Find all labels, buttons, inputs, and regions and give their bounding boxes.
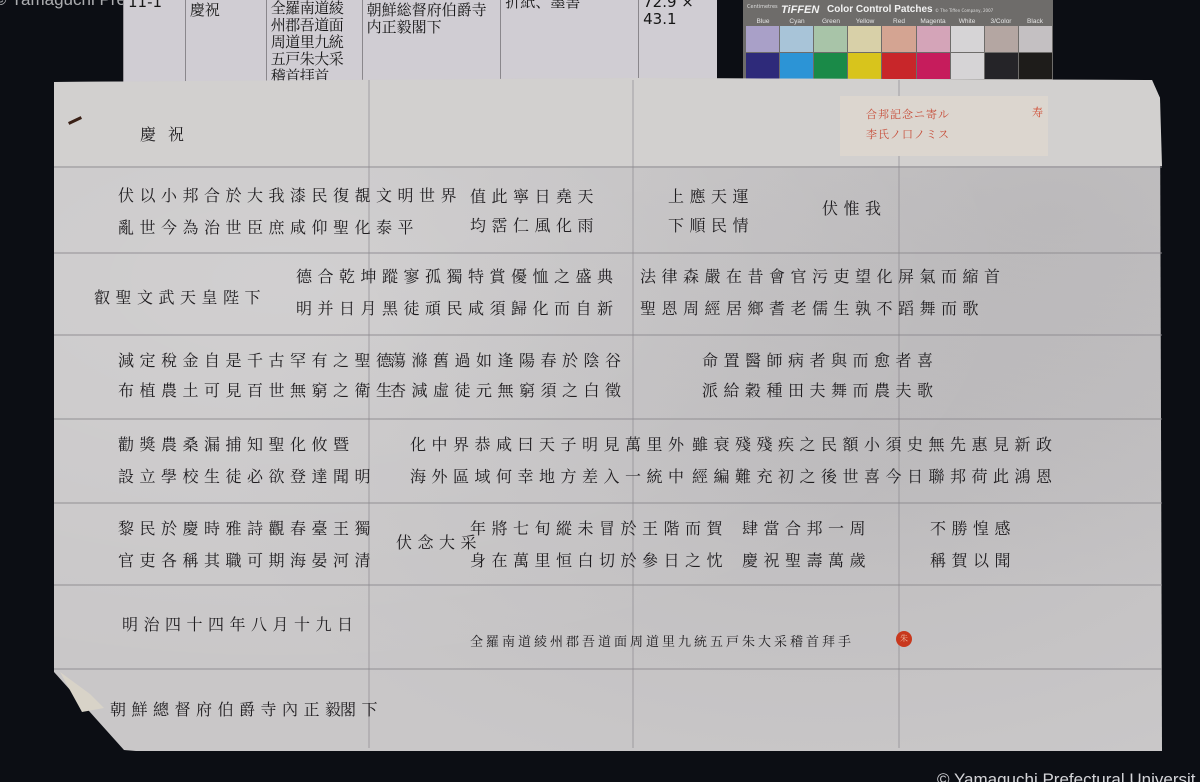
catalog-recipient: 朝鮮総督府伯爵寺 内正毅閣下 [363,0,502,82]
text-line: 亂世今為治世臣庶咸仰聖化泰平 [118,215,419,238]
document-paper [54,78,1162,751]
fold-line [54,166,1162,168]
watermark-bottom: © Yamaguchi Prefectural Universit [937,770,1196,782]
color-patch-label: 3/Color [984,18,1018,25]
text-line: 德合乾坤蹤寥孤獨特賞優恤之盛典 [296,264,619,287]
text-line: 勸獎農桑漏捕知聖化攸暨 [118,432,355,455]
text-line: 設立學校生徒必欲登達聞明 [118,464,376,487]
fold-line [54,418,1162,420]
annotation-slip: 合邦記念ニ寄ル 李氏ノ口ノミス 寿 [840,96,1048,156]
color-patch-yellow [848,26,881,79]
text-line: 布植農土可見百世無窮之衛生 [118,378,398,401]
annotation-line-1: 合邦記念ニ寄ル [866,106,950,122]
text-line: 明并日月黑徒頑民咸須歸化而自新 [296,296,619,319]
fold-line [54,252,1162,254]
color-patch-black [1019,26,1052,79]
text-line: 年將七旬縱未冒於王階而賀 [470,516,728,539]
catalog-number: 11-1 [124,0,186,82]
color-chart-labels: BlueCyanGreenYellowRedMagentaWhite3/Colo… [746,18,1052,25]
text-line: 黎民於慶時雅詩觀春臺王獨 [118,516,376,539]
color-patch-label: Black [1018,18,1052,25]
color-chart-title: Color Control Patches [827,4,933,15]
text-line: 身在萬里恒白切於參日之忱 [470,548,728,571]
text-line: 杏減虛徒元無窮須之白徵 [390,378,627,401]
fold-line [54,584,1162,586]
catalog-title: 慶祝 [186,0,267,82]
text-line: 稱賀以聞 [930,548,1016,571]
color-patch-green [814,26,847,79]
color-patch-3color [985,26,1018,79]
text-line: 慶祝聖壽萬歲 [742,548,871,571]
color-patch-label: Magenta [916,18,950,25]
text-line: 值此寧日堯天 [470,184,599,207]
catalog-author: 全羅南道綾 州郡吾道面 周道里九統 五戸朱大采 稽首拝首 [267,0,363,82]
color-patch-label: Green [814,18,848,25]
text-line: 官吏各稱其職可期海晏河清 [118,548,376,571]
text-line: 海外區域何幸地方差入一統中 [410,464,690,487]
color-patch-label: Yellow [848,18,882,25]
catalog-format: 折紙、墨書 [501,0,639,82]
color-chart-copyright: © The Tiffen Company, 2007 [935,8,993,13]
color-patch-cyan [780,26,813,79]
text-line: 聖恩周經居鄉耆老儒生孰不蹈舞而歌 [640,296,984,319]
document-honorific: 閣下 [340,697,383,720]
text-line: 經編難充初之後世喜今日聯邦荷此鴻恩 [692,464,1058,487]
color-chart-units: Centimetres [747,4,778,10]
text-line: 化中界恭咸曰天子明見萬里外 [410,432,690,455]
text-line: 不勝惶感 [930,516,1016,539]
text-line: 肆當合邦一周 [742,516,871,539]
catalog-card: 11-1 慶祝 全羅南道綾 州郡吾道面 周道里九統 五戸朱大采 稽首拝首 朝鮮総… [123,0,717,82]
text-line: 蕩滌舊過如逢陽春於陰谷 [390,348,627,371]
color-chart-brand: TiFFEN [781,4,819,16]
color-patch-label: Blue [746,18,780,25]
text-line: 命置醫師病者與而愈者喜 [702,348,939,371]
text-line: 法律森嚴在昔會官污吏望化屏氣而縮首 [640,264,1006,287]
text-line: 減定稅金自是千古罕有之聖德 [118,348,398,371]
color-patch-magenta [917,26,950,79]
text-line: 伏惟我 [822,196,887,219]
text-line: 派給穀種田夫舞而農夫歌 [702,378,939,401]
catalog-size: 72.9 × 43.1 [639,0,717,82]
document-date: 明治四十四年八月十九日 [122,612,359,635]
text-line: 上應天運 [668,184,754,207]
color-patch-label: White [950,18,984,25]
fold-line [54,502,1162,504]
color-patch-white [951,26,984,79]
document-addressee: 朝鮮總督府伯爵寺內正毅 [110,697,347,720]
fold-line [54,334,1162,336]
color-patch-red [882,26,915,79]
color-control-chart: Centimetres TiFFEN Color Control Patches… [743,0,1053,80]
fold-line-vertical [368,80,370,748]
annotation-line-2: 李氏ノ口ノミス [866,126,950,142]
color-patch-blue [746,26,779,79]
text-line: 叡聖文武天皇陛下 [94,285,266,308]
red-seal: 朱 [896,631,912,647]
color-patch-label: Cyan [780,18,814,25]
fold-line-vertical [898,80,900,748]
document-heading: 慶祝 [140,122,196,145]
color-chart-patches [746,26,1052,79]
color-patch-label: Red [882,18,916,25]
text-line: 均霑仁風化雨 [470,213,599,236]
annotation-seal: 寿 [1032,104,1043,120]
document-sender: 全羅南道綾州郡吾道面周道里九統五戸朱大采稽首拜手 [470,631,854,650]
text-line: 下順民情 [668,213,754,236]
fold-line [54,668,1162,670]
text-line: 雖衰殘殘疾之民額小須史無先惠見新政 [692,432,1058,455]
text-line: 伏以小邦合於大我漆民復覩文明世界 [118,183,462,206]
